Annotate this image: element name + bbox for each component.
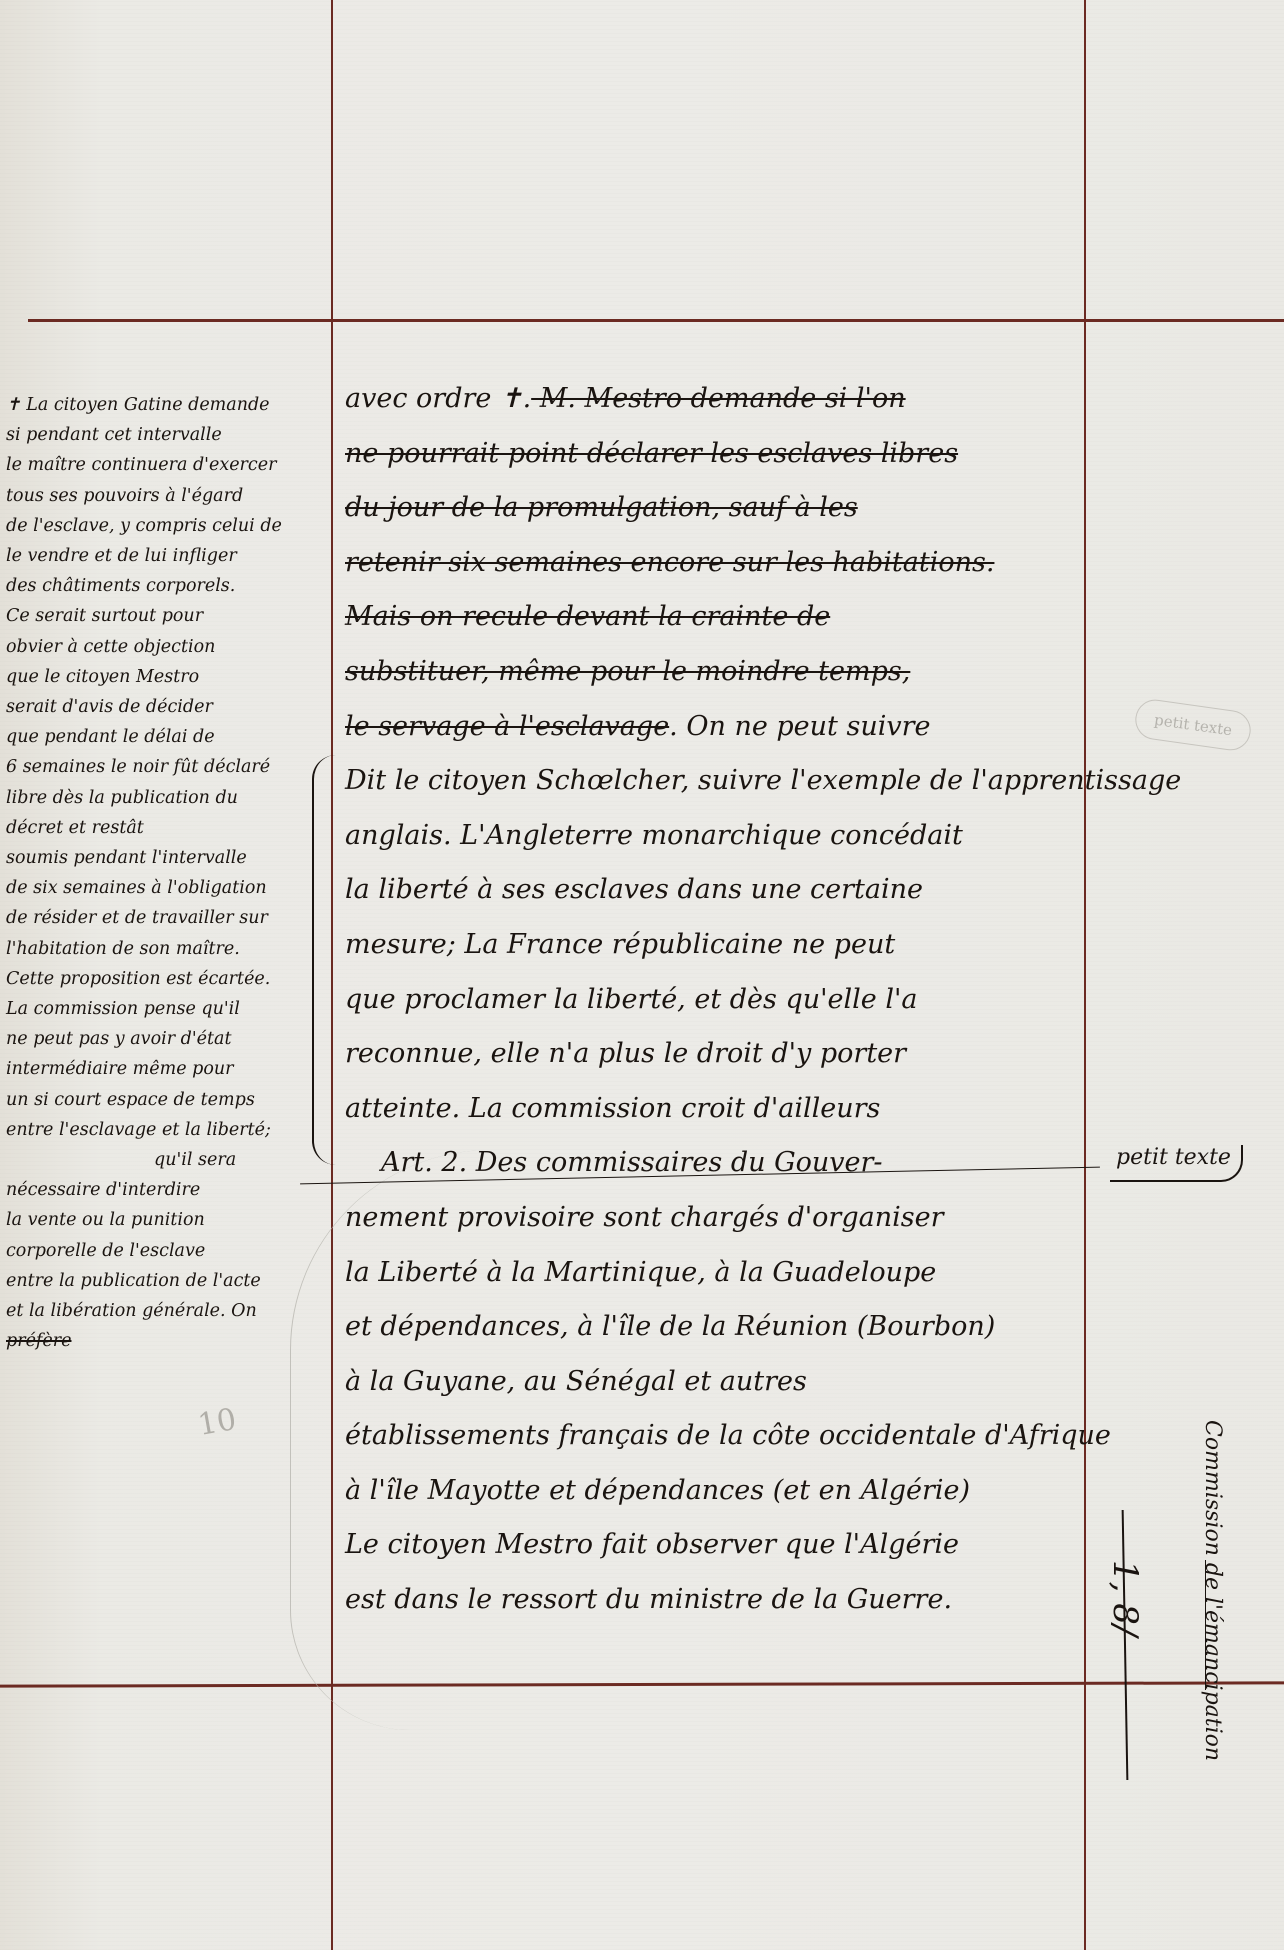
margin-line: de l'esclave, y compris celui de (6, 511, 328, 541)
margin-line: corporelle de l'esclave (6, 1236, 328, 1266)
margin-line: que le citoyen Mestro (6, 662, 328, 692)
body-line: mesure; La France républicaine ne peut (345, 918, 1080, 973)
margin-line: Ce serait surtout pour (6, 601, 328, 631)
margin-line: 6 semaines le noir fût déclaré (6, 752, 328, 782)
margin-line: Cette proposition est écartée. (6, 964, 328, 994)
vertical-rule-right (1084, 0, 1086, 1950)
margin-line: de six semaines à l'obligation (6, 873, 328, 903)
body-line: la liberté à ses esclaves dans une certa… (345, 863, 1080, 918)
margin-line: le maître continuera d'exercer (6, 450, 328, 480)
folio-rule-short (1205, 1560, 1206, 1690)
margin-line: le vendre et de lui infliger (6, 541, 328, 571)
main-text-column: avec ordre ✝. M. Mestro demande si l'on … (345, 372, 1080, 1628)
body-line: avec ordre ✝. M. Mestro demande si l'on (345, 372, 1080, 427)
margin-line: l'habitation de son maître. (6, 934, 328, 964)
body-line: est dans le ressort du ministre de la Gu… (345, 1573, 1080, 1628)
body-line: ne pourrait point déclarer les esclaves … (345, 427, 1080, 482)
margin-line: libre dès la publication du (6, 783, 328, 813)
body-line: Mais on recule devant la crainte de (345, 590, 1080, 645)
horizontal-rule-top (28, 319, 1284, 322)
margin-line: si pendant cet intervalle (6, 420, 328, 450)
body-line: nement provisoire sont chargés d'organis… (345, 1191, 1080, 1246)
margin-line: nécessaire d'interdire (6, 1175, 328, 1205)
body-line: la Liberté à la Martinique, à la Guadelo… (345, 1246, 1080, 1301)
margin-line: tous ses pouvoirs à l'égard (6, 481, 328, 511)
margin-line: que pendant le délai de (6, 722, 328, 752)
left-margin-notes: ✝ La citoyen Gatine demande si pendant c… (6, 390, 328, 1357)
margin-line: préfère (6, 1326, 328, 1356)
margin-line: ✝ La citoyen Gatine demande (6, 390, 328, 420)
body-line: à la Guyane, au Sénégal et autres (345, 1355, 1080, 1410)
body-line: le servage à l'esclavage. On ne peut sui… (345, 700, 1080, 755)
margin-line: intermédiaire même pour (6, 1054, 328, 1084)
body-line: anglais. L'Angleterre monarchique concéd… (345, 809, 1080, 864)
margin-line: entre l'esclavage et la liberté; (6, 1115, 328, 1145)
body-line: Le citoyen Mestro fait observer que l'Al… (345, 1518, 1080, 1573)
margin-line: entre la publication de l'acte (6, 1266, 328, 1296)
margin-line: de résider et de travailler sur (6, 903, 328, 933)
margin-line: obvier à cette objection (6, 632, 328, 662)
article-heading: Art. 2. Des commissaires du Gouver- (345, 1136, 1080, 1191)
margin-line: qu'il sera (6, 1145, 328, 1175)
body-line: atteinte. La commission croit d'ailleurs (345, 1082, 1080, 1137)
body-line: et dépendances, à l'île de la Réunion (B… (345, 1300, 1080, 1355)
margin-line: et la libération générale. On (6, 1296, 328, 1326)
margin-line: soumis pendant l'intervalle (6, 843, 328, 873)
body-line: que proclamer la liberté, et dès qu'elle… (345, 973, 1080, 1028)
margin-line: ne peut pas y avoir d'état (6, 1024, 328, 1054)
pencil-number: 10 (195, 1402, 239, 1443)
body-line: reconnue, elle n'a plus le droit d'y por… (345, 1027, 1080, 1082)
body-line: Dit le citoyen Schœlcher, suivre l'exemp… (345, 754, 1080, 809)
margin-line: serait d'avis de décider (6, 692, 328, 722)
vertical-title: Commission de l'émancipation (1200, 1420, 1225, 1761)
margin-line: la vente ou la punition (6, 1205, 328, 1235)
margin-line: un si court espace de temps (6, 1085, 328, 1115)
body-line: retenir six semaines encore sur les habi… (345, 536, 1080, 591)
body-line: à l'île Mayotte et dépendances (et en Al… (345, 1464, 1080, 1519)
folio-number: 1, 8/ (1105, 1560, 1145, 1636)
body-line: substituer, même pour le moindre temps, (345, 645, 1080, 700)
body-line: du jour de la promulgation, sauf à les (345, 481, 1080, 536)
body-line: établissements français de la côte occid… (345, 1409, 1080, 1464)
margin-line: La commission pense qu'il (6, 994, 328, 1024)
margin-line: décret et restât (6, 813, 328, 843)
margin-line: des châtiments corporels. (6, 571, 328, 601)
right-margin-note: petit texte (1110, 1145, 1243, 1182)
